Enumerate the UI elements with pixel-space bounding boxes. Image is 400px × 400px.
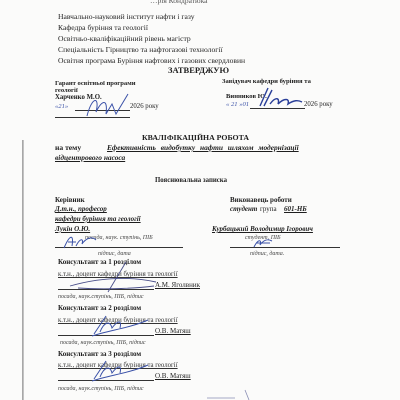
level-line: Освітньо-кваліфікаційний рівень магістр [58,34,191,43]
guarantor-year: 2026 року [130,102,159,111]
executor-group-prefix: студент [230,205,257,214]
consultant-1-caption: посада, наук.ступінь, ПІБ, підпис [58,293,144,302]
executor-group: 601-НБ [284,205,307,214]
specialty-line: Спеціальність Гірництво та нафтогазові т… [58,45,223,54]
executor-signature-icon [252,237,274,249]
topic-line-2: відцентрового насоса [55,153,125,162]
supervisor-label: Керівник [55,196,85,205]
executor-sign-line [230,247,340,248]
executor-sign-caption: підпис, дата. [250,250,284,259]
head-date-day: « 21 »01 [226,100,249,109]
work-title: КВАЛІФІКАЦІЙНА РОБОТА [142,133,249,142]
program-line: Освітня програма Буріння нафтових і газо… [58,56,245,65]
institute-line: Навчально-науковий інститут нафти і газу [58,12,195,21]
document-page: …рія Кондратюка Навчально-науковий інсти… [0,0,400,400]
note-title: Пояснювальна записка [155,176,227,185]
consultant-2-caption: посада, наук.ступінь, ПІБ, підпис [60,339,146,348]
guarantor-signature-icon [82,92,132,120]
head-year: 2026 року [304,100,333,109]
head-label: Завідувач кафедри буріння та [222,77,311,86]
supervisor-degree: Д.т.н., професор [55,205,107,214]
supervisor-signature-icon [62,232,98,250]
bottom-stamp-icon [205,388,255,400]
executor-label: Виконавець роботи [230,196,292,205]
consultant-2-name: О.В. Матяш [155,327,191,336]
consultant-3-caption: посада, наук.ступінь, ПІБ, підпис [58,385,144,394]
topic-line-1: Ефективність видобутку нафти шляхом моде… [107,143,299,152]
guarantor-label: Гарант освітньої програми [55,80,136,87]
consultant-3-name: О.В. Матяш [155,372,191,381]
guarantor-label-2: геології [55,87,78,94]
executor-name: Курбацький Володимир Ігорович [212,225,313,234]
department-line: Кафедра буріння та геології [58,23,148,32]
top-cut-text: …рія Кондратюка [150,0,208,5]
supervisor-department: кафедри буріння та геології [55,215,141,224]
consultant-3-signature-icon [90,357,150,383]
consultant-1-name: А.М. Яголвник [155,281,200,290]
approve-title: ЗАТВЕРДЖУЮ [168,66,229,75]
consultant-1-signature-icon [68,258,158,294]
topic-prefix: на тему [55,143,81,152]
scan-edge-line [22,140,24,400]
head-signature-icon [256,86,306,110]
consultant-2-signature-icon [90,312,150,338]
executor-group-word: група [260,205,277,214]
guarantor-date-day: «21» [55,102,68,111]
